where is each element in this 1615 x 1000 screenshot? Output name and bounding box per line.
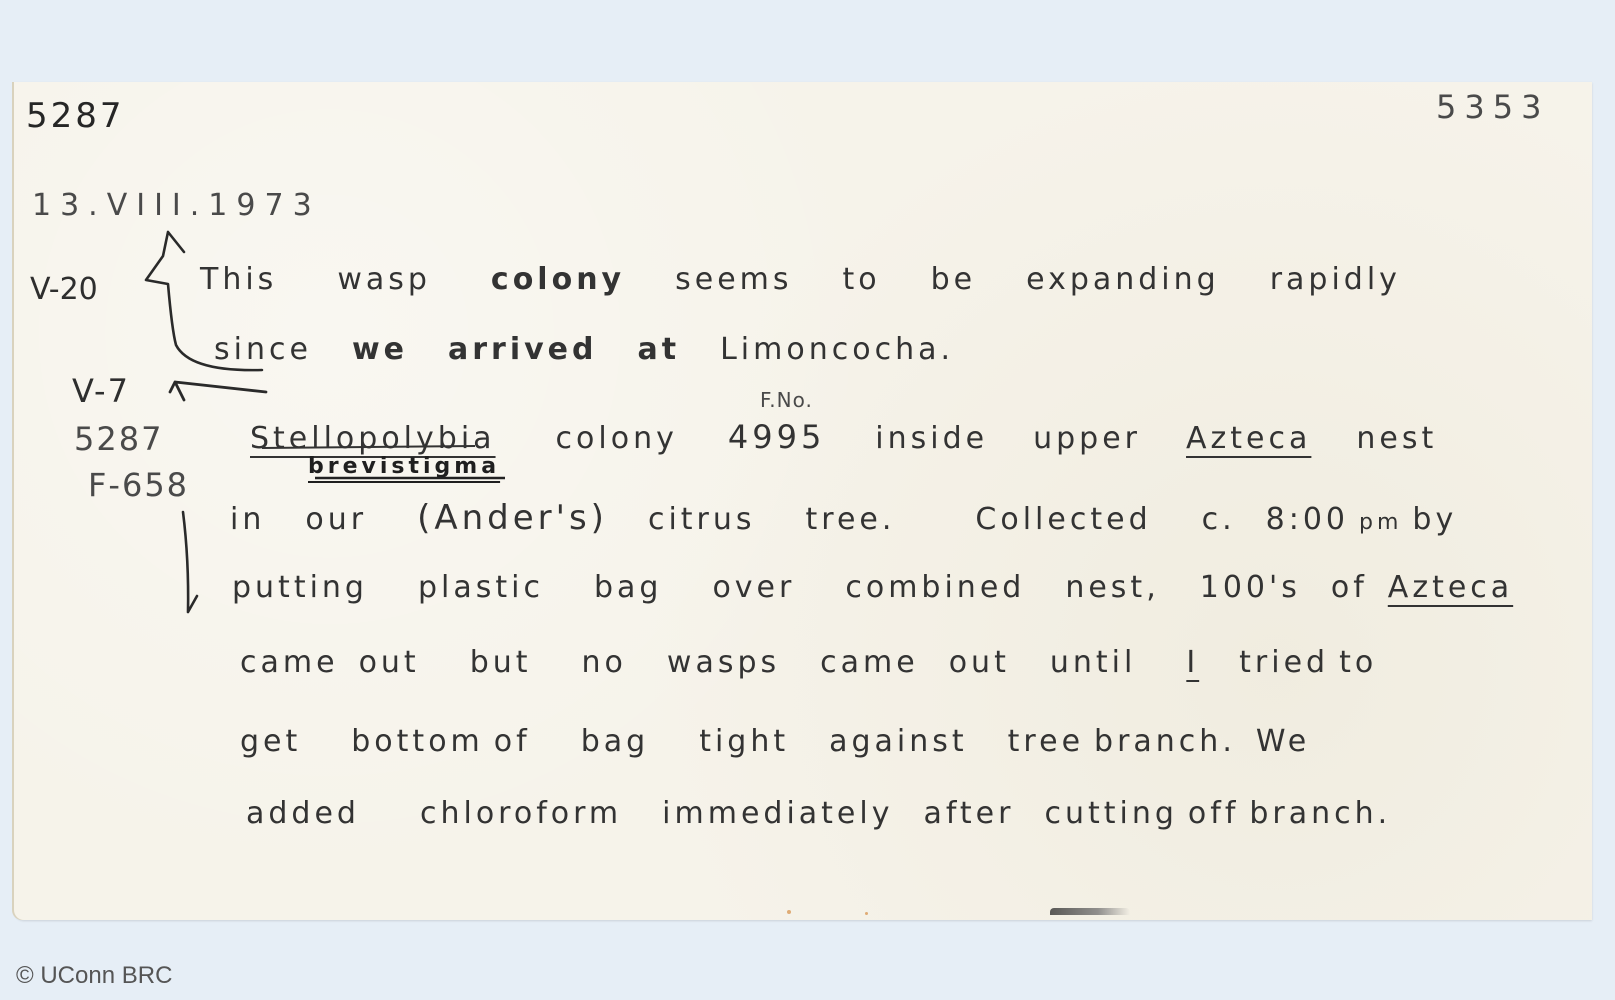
up-arrow-icon [146, 232, 262, 370]
ink-smudge [1050, 908, 1130, 915]
left-arrow-icon [170, 382, 266, 400]
paper-speck [787, 910, 791, 914]
copyright-notice: © UConn BRC [16, 962, 172, 990]
paper-speck [865, 912, 868, 915]
hand-drawn-arrows [0, 0, 1615, 1000]
down-arrow-icon [183, 512, 197, 612]
